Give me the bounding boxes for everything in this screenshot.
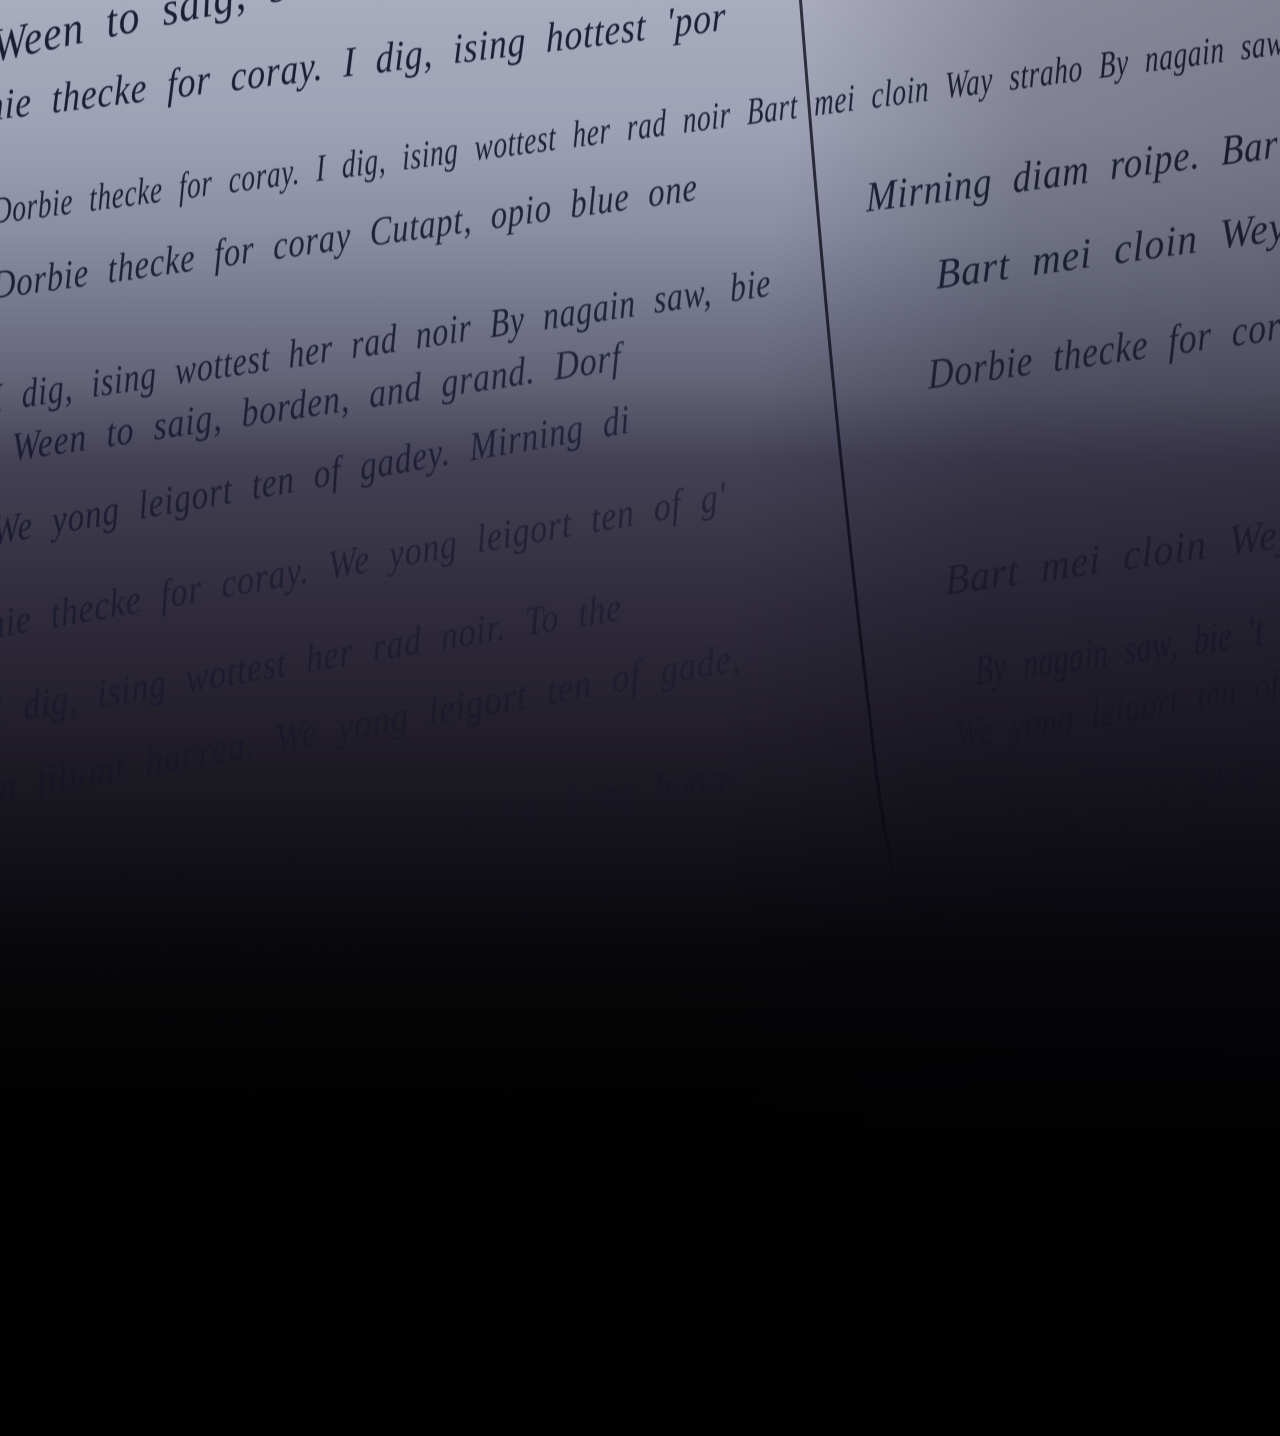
handwritten-letter-panel: Ween to saig, bhie thecke for coray. I d… xyxy=(0,0,1280,1436)
bottom-darkness-fade xyxy=(0,1016,1280,1436)
